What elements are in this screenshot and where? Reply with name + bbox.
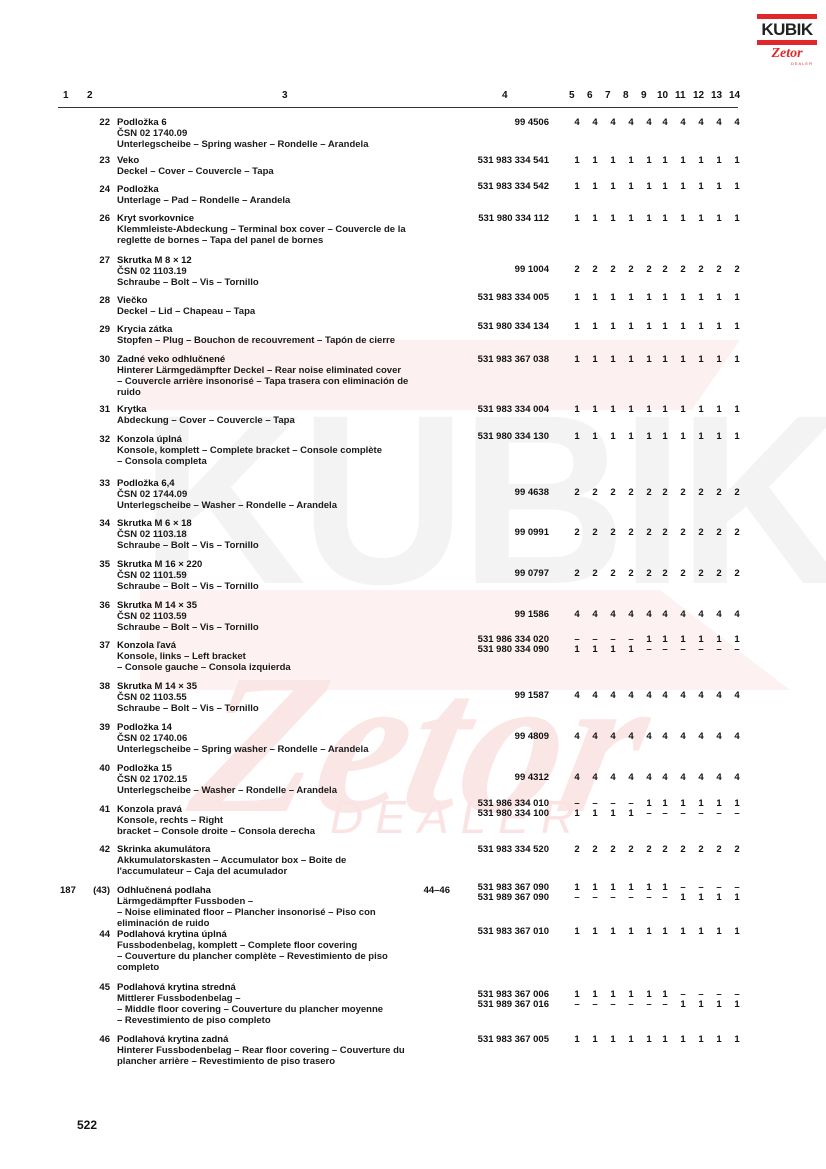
part-description: Podložka 6,4ČSN 02 1744.09Unterlegscheib…	[117, 478, 457, 511]
quantity-cell: 2	[641, 844, 657, 855]
part-translation: Unterlegscheibe – Spring washer – Rondel…	[117, 139, 457, 150]
quantity-cell: 1	[641, 213, 657, 224]
quantity-cell: 4	[657, 609, 673, 620]
header-col-1: 1	[63, 90, 69, 101]
part-description: Podlahová krytina úplnáFussbodenbelag, k…	[117, 929, 457, 973]
quantity-cell: 2	[569, 844, 585, 855]
quantity-cell: 1	[711, 431, 727, 442]
quantity-cell: 1	[729, 404, 745, 415]
quantity-cell: 2	[711, 527, 727, 538]
quantity-cell: 4	[623, 117, 639, 128]
quantity-cell: 1	[729, 892, 745, 903]
quantity-cell: –	[641, 892, 657, 903]
quantity-cell: 4	[657, 690, 673, 701]
quantity-cell: 1	[569, 155, 585, 166]
part-translation: Unterlegscheibe – Washer – Rondelle – Ar…	[117, 785, 457, 796]
quantity-cell: 1	[623, 808, 639, 819]
part-translation: Unterlegscheibe – Washer – Rondelle – Ar…	[117, 500, 457, 511]
quantity-cell: 1	[569, 644, 585, 655]
part-number: 99 1587	[455, 690, 549, 701]
position-number: 38	[80, 681, 110, 692]
part-translation: – Couverture du plancher complète – Reve…	[117, 951, 457, 962]
logo-tag: DEALER	[757, 61, 817, 66]
quantity-cell: 1	[657, 431, 673, 442]
part-number: 531 980 334 130	[455, 431, 549, 442]
quantity-cell: 1	[693, 1034, 709, 1045]
logo-brand: KUBIK	[757, 21, 817, 38]
quantity-cell: 1	[605, 644, 621, 655]
quantity-cell: 4	[569, 731, 585, 742]
quantity-cell: 1	[641, 321, 657, 332]
quantity-cell: 1	[675, 431, 691, 442]
part-title: Podložka 6,4	[117, 478, 457, 489]
quantity-cell: 1	[641, 354, 657, 365]
part-number: 99 4809	[455, 731, 549, 742]
position-number: 45	[80, 982, 110, 993]
part-description: Krycia zátkaStopfen – Plug – Bouchon de …	[117, 324, 457, 346]
part-translation: completo	[117, 962, 457, 973]
header-qty-col: 7	[605, 90, 611, 101]
quantity-cell: 2	[605, 264, 621, 275]
quantity-cell: 1	[587, 213, 603, 224]
position-number: 40	[80, 763, 110, 774]
quantity-cell: 1	[587, 1034, 603, 1045]
part-title: Skrutka M 16 × 220	[117, 559, 457, 570]
part-number: 531 983 367 038	[455, 354, 549, 365]
quantity-cell: 2	[657, 264, 673, 275]
quantity-cell: 1	[675, 892, 691, 903]
quantity-cell: –	[641, 999, 657, 1010]
part-title: Podložka 15	[117, 763, 457, 774]
quantity-cell: 2	[675, 568, 691, 579]
part-title: Podložka 14	[117, 722, 457, 733]
quantity-cell: 1	[657, 213, 673, 224]
quantity-cell: 2	[693, 568, 709, 579]
quantity-cell: –	[641, 808, 657, 819]
part-translation: ČSN 02 1103.55	[117, 692, 457, 703]
header-qty-col: 11	[675, 90, 686, 101]
part-translation: – Couvercle arrière insonorisé – Tapa tr…	[117, 376, 457, 387]
part-title: Krytka	[117, 404, 457, 415]
quantity-cell: –	[711, 644, 727, 655]
part-number: 531 983 367 010	[455, 926, 549, 937]
quantity-cell: 1	[623, 431, 639, 442]
quantity-cell: 1	[711, 181, 727, 192]
quantity-cell: 2	[729, 568, 745, 579]
quantity-cell: 1	[675, 213, 691, 224]
part-title: Skrutka M 14 × 35	[117, 681, 457, 692]
quantity-cell: 1	[729, 213, 745, 224]
quantity-cell: 2	[693, 487, 709, 498]
quantity-cell: 1	[587, 644, 603, 655]
part-translation: – Revestimiento de piso completo	[117, 1015, 457, 1026]
part-title: Skrutka M 14 × 35	[117, 600, 457, 611]
position-number: 32	[80, 434, 110, 445]
logo-bar	[757, 14, 817, 19]
quantity-cell: 2	[587, 527, 603, 538]
quantity-cell: 1	[605, 926, 621, 937]
part-description: Podložka 14ČSN 02 1740.06Unterlegscheibe…	[117, 722, 457, 755]
part-description: Skrutka M 6 × 18ČSN 02 1103.18Schraube –…	[117, 518, 457, 551]
quantity-cell: 1	[641, 155, 657, 166]
quantity-cell: 4	[587, 731, 603, 742]
quantity-cell: 4	[641, 117, 657, 128]
part-title: Viečko	[117, 295, 457, 306]
part-translation: reglette de bornes – Tapa del panel de b…	[117, 235, 457, 246]
quantity-cell: 1	[623, 321, 639, 332]
quantity-cell: 1	[623, 926, 639, 937]
part-title: Konzola ľavá	[117, 640, 457, 651]
part-number: 531 983 334 520	[455, 844, 549, 855]
quantity-cell: 1	[657, 926, 673, 937]
kubik-zetor-logo: KUBIK Zetor DEALER	[757, 12, 817, 70]
quantity-cell: 2	[657, 527, 673, 538]
part-translation: eliminación de ruido	[117, 918, 457, 929]
table-header: 1 2 3 4 567891011121314	[0, 90, 826, 106]
part-title: Konzola pravá	[117, 804, 457, 815]
header-qty-col: 9	[641, 90, 647, 101]
part-translation: Mittlerer Fussbodenbelag –	[117, 993, 457, 1004]
position-number: 34	[80, 518, 110, 529]
quantity-cell: 1	[605, 808, 621, 819]
quantity-cell: 1	[711, 354, 727, 365]
quantity-cell: 4	[693, 731, 709, 742]
header-qty-col: 8	[623, 90, 629, 101]
part-description: Konzola úplnáKonsole, komplett – Complet…	[117, 434, 457, 467]
quantity-cell: 1	[623, 404, 639, 415]
position-number: 36	[80, 600, 110, 611]
quantity-cell: 4	[587, 772, 603, 783]
quantity-cell: 4	[641, 772, 657, 783]
part-translation: Fussbodenbelag, komplett – Complete floo…	[117, 940, 457, 951]
header-qty-col: 14	[729, 90, 740, 101]
position-number: 27	[80, 255, 110, 266]
quantity-cell: 4	[623, 772, 639, 783]
part-translation: – Noise eliminated floor – Plancher inso…	[117, 907, 457, 918]
quantity-cell: 2	[623, 527, 639, 538]
part-title: Zadné veko odhlučnené	[117, 354, 457, 365]
quantity-cell: –	[711, 808, 727, 819]
quantity-cell: 4	[711, 772, 727, 783]
part-title: Krycia zátka	[117, 324, 457, 335]
quantity-cell: 1	[693, 926, 709, 937]
quantity-cell: 1	[587, 926, 603, 937]
part-number: 531 983 334 005	[455, 292, 549, 303]
quantity-cell: 4	[605, 690, 621, 701]
quantity-cell: 2	[623, 264, 639, 275]
part-description: Kryt svorkovniceKlemmleiste-Abdeckung – …	[117, 213, 457, 246]
quantity-cell: 1	[675, 999, 691, 1010]
quantity-cell: 1	[675, 155, 691, 166]
quantity-cell: 2	[587, 568, 603, 579]
quantity-cell: 4	[587, 117, 603, 128]
quantity-cell: –	[657, 999, 673, 1010]
part-number: 531 989 367 090	[455, 892, 549, 903]
part-translation: ČSN 02 1744.09	[117, 489, 457, 500]
logo-sub: Zetor	[757, 47, 817, 61]
part-translation: – Middle floor covering – Couverture du …	[117, 1004, 457, 1015]
part-translation: Schraube – Bolt – Vis – Tornillo	[117, 622, 457, 633]
quantity-cell: 4	[641, 690, 657, 701]
part-number: 99 4506	[455, 117, 549, 128]
quantity-cell: 1	[711, 321, 727, 332]
part-translation: l'accumulateur – Caja del acumulador	[117, 866, 457, 877]
quantity-cell: 2	[675, 844, 691, 855]
quantity-cell: 4	[657, 772, 673, 783]
part-title: Kryt svorkovnice	[117, 213, 457, 224]
part-title: Podložka	[117, 184, 457, 195]
quantity-cell: 1	[587, 808, 603, 819]
header-qty-col: 10	[657, 90, 668, 101]
quantity-cell: 1	[711, 404, 727, 415]
part-number: 531 983 334 004	[455, 404, 549, 415]
position-number: 22	[80, 117, 110, 128]
position-number: 33	[80, 478, 110, 489]
quantity-cell: 2	[711, 844, 727, 855]
quantity-cell: 1	[657, 321, 673, 332]
part-translation: Lärmgedämpfter Fussboden –	[117, 896, 457, 907]
quantity-cell: 4	[675, 772, 691, 783]
quantity-cell: 1	[729, 155, 745, 166]
quantity-cell: 1	[623, 354, 639, 365]
position-number: 30	[80, 354, 110, 365]
header-qty-col: 5	[569, 90, 575, 101]
position-number: 39	[80, 722, 110, 733]
quantity-cell: 1	[711, 999, 727, 1010]
quantity-cell: 1	[623, 292, 639, 303]
quantity-cell: 1	[587, 321, 603, 332]
quantity-cell: 1	[711, 892, 727, 903]
page-number: 522	[77, 1118, 97, 1132]
part-translation: Akkumulatorskasten – Accumulator box – B…	[117, 855, 457, 866]
quantity-cell: 2	[623, 487, 639, 498]
part-translation: Deckel – Cover – Couvercle – Tapa	[117, 166, 457, 177]
quantity-cell: 1	[587, 181, 603, 192]
quantity-cell: 4	[675, 731, 691, 742]
part-description: Skrutka M 14 × 35ČSN 02 1103.59Schraube …	[117, 600, 457, 633]
position-number: 42	[80, 844, 110, 855]
quantity-cell: 2	[569, 264, 585, 275]
quantity-cell: 1	[657, 404, 673, 415]
part-number: 531 983 334 542	[455, 181, 549, 192]
part-title: Podložka 6	[117, 117, 457, 128]
quantity-cell: 4	[675, 117, 691, 128]
quantity-cell: 1	[641, 292, 657, 303]
part-translation: – Consola completa	[117, 456, 457, 467]
quantity-cell: 4	[711, 117, 727, 128]
quantity-cell: –	[569, 892, 585, 903]
quantity-cell: 2	[623, 844, 639, 855]
quantity-cell: 4	[569, 117, 585, 128]
quantity-cell: 1	[693, 181, 709, 192]
quantity-cell: 1	[605, 213, 621, 224]
quantity-cell: 4	[729, 690, 745, 701]
quantity-cell: 2	[693, 264, 709, 275]
quantity-cell: 1	[641, 431, 657, 442]
part-description: Podložka 15ČSN 02 1702.15Unterlegscheibe…	[117, 763, 457, 796]
position-number: 24	[80, 184, 110, 195]
part-number: 531 983 367 005	[455, 1034, 549, 1045]
part-translation: Schraube – Bolt – Vis – Tornillo	[117, 703, 457, 714]
part-translation: ČSN 02 1103.59	[117, 611, 457, 622]
quantity-cell: 4	[605, 609, 621, 620]
quantity-cell: 1	[569, 404, 585, 415]
part-translation: Hinterer Lärmgedämpfter Deckel – Rear no…	[117, 365, 457, 376]
part-description: Zadné veko odhlučnenéHinterer Lärmgedämp…	[117, 354, 457, 398]
quantity-cell: 1	[623, 181, 639, 192]
part-number: 99 1004	[455, 264, 549, 275]
part-description: Skrutka M 16 × 220ČSN 02 1101.59Schraube…	[117, 559, 457, 592]
position-number: (43)	[80, 885, 110, 896]
quantity-cell: 1	[587, 292, 603, 303]
quantity-cell: 4	[693, 117, 709, 128]
quantity-cell: 4	[623, 731, 639, 742]
quantity-cell: 2	[587, 264, 603, 275]
logo-bar	[757, 40, 817, 45]
quantity-cell: 1	[623, 155, 639, 166]
quantity-cell: 1	[623, 213, 639, 224]
quantity-cell: –	[675, 644, 691, 655]
quantity-cell: 2	[729, 527, 745, 538]
quantity-cell: 1	[729, 999, 745, 1010]
quantity-cell: 1	[569, 1034, 585, 1045]
quantity-cell: 1	[711, 213, 727, 224]
quantity-cell: 2	[641, 527, 657, 538]
part-translation: ČSN 02 1101.59	[117, 570, 457, 581]
quantity-cell: 1	[675, 292, 691, 303]
quantity-cell: 1	[641, 1034, 657, 1045]
part-number: 99 0797	[455, 568, 549, 579]
part-description: Konzola ľaváKonsole, links – Left bracke…	[117, 640, 457, 673]
part-translation: Konsole, komplett – Complete bracket – C…	[117, 445, 457, 456]
quantity-cell: 4	[587, 690, 603, 701]
quantity-cell: 4	[641, 731, 657, 742]
quantity-cell: 4	[675, 609, 691, 620]
position-number: 35	[80, 559, 110, 570]
quantity-cell: 1	[657, 292, 673, 303]
quantity-cell: 1	[623, 1034, 639, 1045]
quantity-cell: 4	[729, 117, 745, 128]
quantity-cell: 4	[729, 731, 745, 742]
part-number: 531 989 367 016	[455, 999, 549, 1010]
quantity-cell: 1	[657, 181, 673, 192]
quantity-cell: 2	[605, 487, 621, 498]
quantity-cell: 1	[729, 431, 745, 442]
part-title: Podlahová krytina úplná	[117, 929, 457, 940]
part-title: Podlahová krytina stredná	[117, 982, 457, 993]
part-number: 531 980 334 090	[455, 644, 549, 655]
quantity-cell: 1	[675, 354, 691, 365]
quantity-cell: 2	[693, 844, 709, 855]
position-number: 26	[80, 213, 110, 224]
part-translation: Deckel – Lid – Chapeau – Tapa	[117, 306, 457, 317]
quantity-cell: 2	[641, 568, 657, 579]
quantity-cell: –	[569, 999, 585, 1010]
quantity-cell: 2	[729, 487, 745, 498]
quantity-cell: 1	[569, 213, 585, 224]
quantity-cell: 1	[729, 321, 745, 332]
part-description: PodložkaUnterlage – Pad – Rondelle – Ara…	[117, 184, 457, 206]
part-title: Veko	[117, 155, 457, 166]
part-number: 99 4312	[455, 772, 549, 783]
quantity-cell: 2	[711, 487, 727, 498]
header-qty-col: 13	[711, 90, 722, 101]
position-number: 31	[80, 404, 110, 415]
part-translation: Konsole, rechts – Right	[117, 815, 457, 826]
quantity-cell: 2	[693, 527, 709, 538]
part-translation: Hinterer Fussbodenbelag – Rear floor cov…	[117, 1045, 457, 1056]
quantity-cell: –	[675, 808, 691, 819]
part-translation: ČSN 02 1103.19	[117, 266, 457, 277]
quantity-cell: –	[641, 644, 657, 655]
part-title: Skrutka M 8 × 12	[117, 255, 457, 266]
quantity-cell: 2	[657, 844, 673, 855]
quantity-cell: 4	[711, 731, 727, 742]
part-title: Skrinka akumulátora	[117, 844, 457, 855]
part-description: Konzola praváKonsole, rechts – Rightbrac…	[117, 804, 457, 837]
quantity-cell: 1	[693, 431, 709, 442]
quantity-cell: 1	[569, 926, 585, 937]
part-translation: Abdeckung – Cover – Couvercle – Tapa	[117, 415, 457, 426]
part-translation: Schraube – Bolt – Vis – Tornillo	[117, 581, 457, 592]
quantity-cell: 2	[569, 527, 585, 538]
quantity-cell: –	[657, 644, 673, 655]
quantity-cell: 1	[711, 155, 727, 166]
quantity-cell: 1	[711, 1034, 727, 1045]
quantity-cell: 2	[729, 844, 745, 855]
quantity-cell: 1	[693, 292, 709, 303]
header-rule	[58, 107, 738, 108]
quantity-cell: 1	[657, 354, 673, 365]
quantity-cell: 2	[729, 264, 745, 275]
part-description: Skrinka akumulátoraAkkumulatorskasten – …	[117, 844, 457, 877]
quantity-cell: 2	[587, 487, 603, 498]
quantity-cell: 4	[623, 609, 639, 620]
quantity-cell: –	[729, 808, 745, 819]
part-description: Skrutka M 14 × 35ČSN 02 1103.55Schraube …	[117, 681, 457, 714]
quantity-cell: 2	[569, 487, 585, 498]
quantity-cell: 4	[693, 772, 709, 783]
part-translation: Klemmleiste-Abdeckung – Terminal box cov…	[117, 224, 457, 235]
part-translation: Schraube – Bolt – Vis – Tornillo	[117, 277, 457, 288]
part-description: KrytkaAbdeckung – Cover – Couvercle – Ta…	[117, 404, 457, 426]
quantity-cell: 1	[587, 155, 603, 166]
part-title: Podlahová krytina zadná	[117, 1034, 457, 1045]
part-translation: ruido	[117, 387, 457, 398]
part-title: Skrutka M 6 × 18	[117, 518, 457, 529]
quantity-cell: 2	[569, 568, 585, 579]
quantity-cell: 1	[623, 644, 639, 655]
part-number: 99 0991	[455, 527, 549, 538]
quantity-cell: 2	[675, 264, 691, 275]
quantity-cell: 4	[569, 690, 585, 701]
quantity-cell: 1	[569, 431, 585, 442]
part-number: 531 980 334 112	[455, 213, 549, 224]
quantity-cell: 4	[675, 690, 691, 701]
part-translation: ČSN 02 1702.15	[117, 774, 457, 785]
part-number: 99 1586	[455, 609, 549, 620]
part-title: Konzola úplná	[117, 434, 457, 445]
quantity-cell: 1	[729, 926, 745, 937]
quantity-cell: 1	[569, 321, 585, 332]
part-translation: Unterlegscheibe – Spring washer – Rondel…	[117, 744, 457, 755]
quantity-cell: 1	[693, 213, 709, 224]
header-col-4: 4	[502, 90, 508, 101]
quantity-cell: 1	[569, 292, 585, 303]
quantity-cell: 1	[675, 321, 691, 332]
quantity-cell: 1	[693, 354, 709, 365]
part-number: 531 983 334 541	[455, 155, 549, 166]
